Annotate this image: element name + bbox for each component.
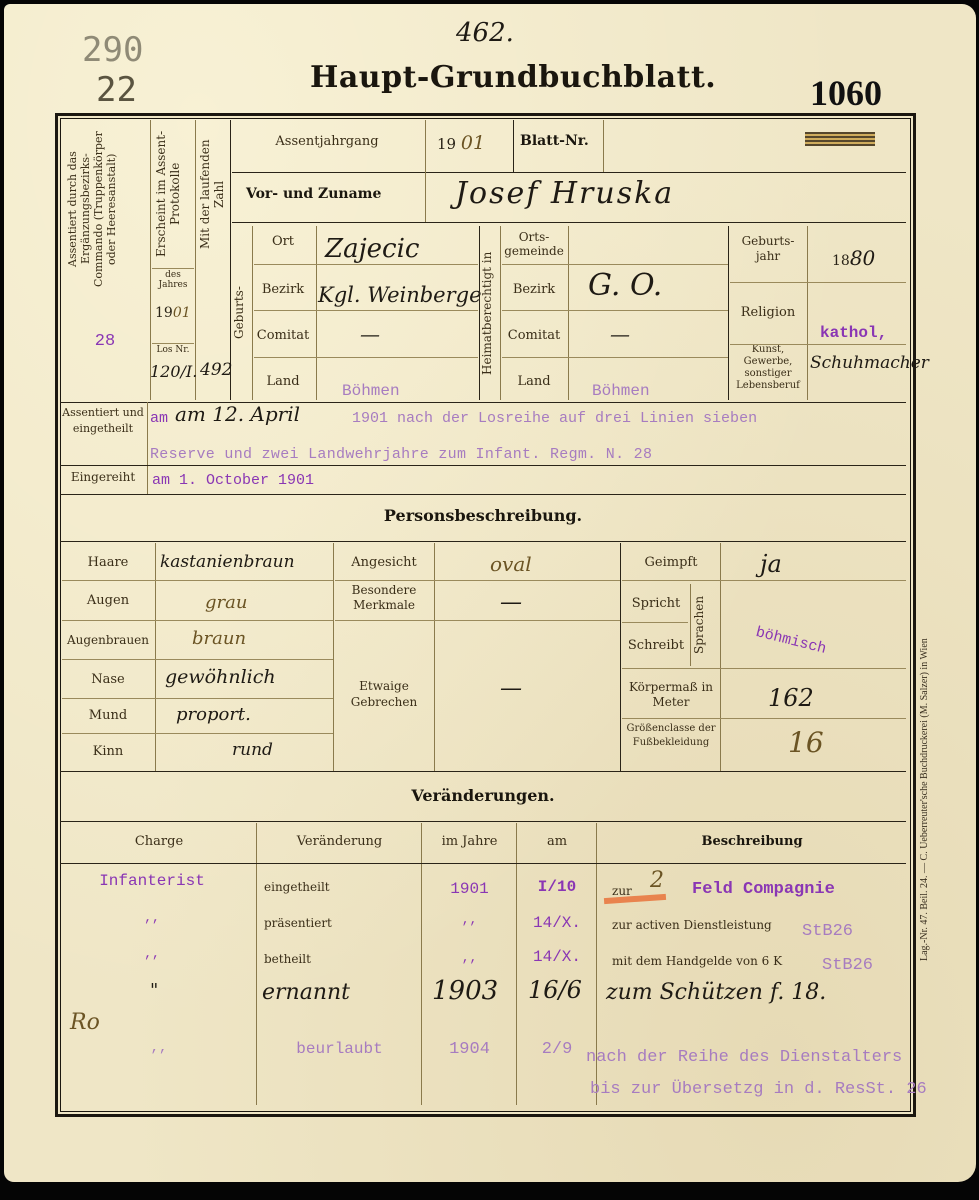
archive-number-bottom: 22 <box>96 70 137 110</box>
divider <box>62 659 333 660</box>
divider <box>316 226 317 400</box>
feature-value-haare: kastanienbraun <box>160 552 295 572</box>
column-header-jahr: im Jahre <box>423 834 516 849</box>
row4-beschreibung: zum Schützen f. 18. <box>606 980 826 1005</box>
row1-am: I/10 <box>518 878 596 896</box>
divider <box>60 821 906 822</box>
row2-am: 14/X. <box>518 914 596 932</box>
divider <box>730 282 906 283</box>
geburts-ort-label: Ort <box>252 234 314 249</box>
spricht-label: Spricht <box>622 596 690 611</box>
divider <box>622 622 688 623</box>
divider <box>421 823 422 1105</box>
heimat-comitat-label: Comitat <box>500 328 568 343</box>
des-jahres-prefix: 19 <box>155 305 173 321</box>
los-nr-label: Los Nr. <box>152 345 194 355</box>
row5-veraenderung: beurlaubt <box>258 1040 421 1058</box>
feature-value-augenbrauen: braun <box>192 628 246 649</box>
row2-charge: ,, <box>62 910 242 925</box>
divider <box>425 120 426 172</box>
geburts-label: Geburts- <box>232 226 252 400</box>
divider <box>620 543 621 771</box>
assentiert-am-label: am <box>150 410 168 427</box>
row3-beschreibung: StB26 <box>822 956 873 975</box>
divider <box>62 698 333 699</box>
divider <box>254 264 478 265</box>
divider <box>333 543 334 771</box>
geburts-land-label: Land <box>252 374 314 389</box>
geburtsjahr-label: Geburts-jahr <box>730 234 806 264</box>
des-jahres-value: 01 <box>173 305 191 321</box>
divider <box>230 120 231 400</box>
divider <box>60 771 906 772</box>
name-value: Josef Hruska <box>455 176 674 211</box>
divider <box>502 357 728 358</box>
row4-jahr: 1903 <box>432 976 498 1006</box>
geburts-land-value: Böhmen <box>342 382 400 400</box>
divider <box>147 402 148 494</box>
row1-veraenderung: eingetheilt <box>264 880 330 894</box>
gebrechen-label: Etwaige Gebrechen <box>335 678 433 710</box>
laufende-zahl-value: 492 <box>200 360 232 380</box>
divider <box>502 310 728 311</box>
merkmale-value: — <box>500 590 522 615</box>
des-jahres-field: 1901 <box>155 305 191 321</box>
heimat-ortsgemeinde-label: Orts-gemeinde <box>500 230 568 258</box>
sheet-number: 1060 <box>810 72 882 114</box>
eingereiht-value: am 1. October 1901 <box>152 472 314 489</box>
divider <box>728 226 729 400</box>
row3-beschreibung-prefix: mit dem Handgelde von 6 K <box>612 954 782 968</box>
column-header-veraenderung: Veränderung <box>258 834 421 849</box>
eingereiht-label: Eingereiht <box>60 470 146 484</box>
divider <box>335 580 620 581</box>
divider <box>720 543 721 771</box>
divider <box>516 823 517 1105</box>
assentiert-label: Assentiert durch das Ergänzungsbezirks-C… <box>66 124 146 294</box>
heimat-land-label: Land <box>500 374 568 389</box>
row3-am: 14/X. <box>518 948 596 966</box>
laufende-zahl-label: Mit der laufenden Zahl <box>198 124 228 264</box>
feature-value-augen: grau <box>205 592 247 613</box>
geburts-ort-value: Zajecic <box>325 234 419 264</box>
religion-label: Religion <box>730 305 806 320</box>
divider <box>622 718 906 719</box>
los-nr-value: 120/I. <box>150 362 197 381</box>
divider <box>60 863 906 864</box>
row5-beschreibung: nach der Reihe des Dienstalters <box>586 1048 902 1067</box>
divider <box>502 264 728 265</box>
divider <box>568 226 569 400</box>
beruf-value: Schuhmacher <box>810 352 900 374</box>
beruf-label: Kunst, Gewerbe, sonstiger Lebensberuf <box>730 344 806 392</box>
assentiert-value: 28 <box>60 332 150 351</box>
name-label: Vor- und Zuname <box>246 186 381 202</box>
sprachen-label: Sprachen <box>692 584 718 666</box>
handwritten-number: 462. <box>456 18 514 48</box>
heimat-land-value: Böhmen <box>592 382 650 400</box>
geburts-bezirk-value: Kgl. Weinberge <box>318 283 482 307</box>
row4-am: 16/6 <box>528 976 582 1004</box>
divider <box>62 733 333 734</box>
divider <box>434 543 435 771</box>
feature-label-augenbrauen: Augenbrauen <box>62 633 154 647</box>
heimat-bezirk-value: G. O. <box>588 268 662 303</box>
geburtsjahr-value: 80 <box>850 246 875 270</box>
row5-jahr: 1904 <box>423 1040 516 1059</box>
geimpft-value: ja <box>760 550 782 578</box>
feature-label-nase: Nase <box>62 672 154 687</box>
gebrechen-value: — <box>500 676 522 701</box>
row2-veraenderung: präsentiert <box>264 916 332 930</box>
feature-label-augen: Augen <box>62 593 154 608</box>
row2-beschreibung: StB26 <box>802 922 853 941</box>
groessenclasse-label: Größenclasse der Fußbekleidung <box>622 722 720 750</box>
geburts-comitat-label: Comitat <box>252 328 314 343</box>
row5-beschreibung-line2: bis zur Übersetzg in d. ResSt. 26 <box>590 1080 927 1099</box>
divider <box>62 580 333 581</box>
personsbeschreibung-title: Personsbeschreibung. <box>60 506 906 525</box>
assentiert-line2: Reserve und zwei Landwehrjahre zum Infan… <box>150 446 652 463</box>
divider <box>60 494 906 495</box>
koerpermass-label: Körpermaß in Meter <box>622 680 720 710</box>
divider <box>513 120 514 172</box>
assentiert-line1: 1901 nach der Losreihe auf drei Linien s… <box>352 410 757 427</box>
angesicht-value: oval <box>490 552 532 576</box>
geburtsjahr-field: 1880 <box>832 246 875 270</box>
row3-charge: ,, <box>62 946 242 961</box>
row1-beschreibung: Feld Compagnie <box>692 880 835 899</box>
row4-veraenderung: ernannt <box>262 980 350 1005</box>
column-header-charge: Charge <box>62 834 256 849</box>
divider <box>152 268 194 269</box>
divider <box>155 543 156 771</box>
erscheint-label: Erscheint im Assent-Protokolle <box>154 124 192 264</box>
assentiert-date-hand: am 12. April <box>175 402 300 426</box>
row5-charge: ,, <box>62 1040 256 1056</box>
groessenclasse-value: 16 <box>788 726 824 759</box>
assentjahrgang-label: Assentjahrgang <box>232 134 422 149</box>
row1-jahr: 1901 <box>423 880 516 898</box>
divider <box>254 357 478 358</box>
assentjahrgang-prefix: 19 <box>437 135 456 153</box>
geburts-comitat-value: — <box>360 322 380 346</box>
feature-label-kinn: Kinn <box>62 744 154 759</box>
divider <box>425 172 426 222</box>
divider <box>195 120 196 400</box>
divider <box>622 668 906 669</box>
heimat-bezirk-label: Bezirk <box>500 282 568 297</box>
angesicht-label: Angesicht <box>335 555 433 570</box>
divider <box>622 580 906 581</box>
divider <box>232 172 906 173</box>
blatt-nr-label: Blatt-Nr. <box>520 133 589 149</box>
row3-veraenderung: betheilt <box>264 952 311 966</box>
geburts-bezirk-label: Bezirk <box>252 282 314 297</box>
divider <box>62 620 333 621</box>
row1-charge: Infanterist <box>62 872 242 890</box>
feature-value-kinn: rund <box>232 740 273 760</box>
divider <box>807 226 808 400</box>
row4-charge: " <box>150 980 158 1001</box>
veraenderungen-title: Veränderungen. <box>60 786 906 805</box>
geburtsjahr-prefix: 18 <box>832 253 850 269</box>
des-jahres-label: des Jahres <box>152 270 194 290</box>
row4-charge-mark: Ro <box>70 1010 100 1035</box>
page-title: Haupt-Grundbuchblatt. <box>310 60 716 95</box>
row5-am: 2/9 <box>518 1040 596 1059</box>
koerpermass-value: 162 <box>768 684 814 712</box>
divider <box>256 823 257 1105</box>
religion-value: kathol, <box>820 324 887 342</box>
divider <box>150 120 151 400</box>
geimpft-label: Geimpft <box>622 555 720 570</box>
row3-jahr: ,, <box>423 950 516 965</box>
feature-label-haare: Haare <box>62 555 154 570</box>
margin-imprint: Lag.-Nr. 47. Beil. 24. — C. Ueberreuter'… <box>918 572 938 1028</box>
divider <box>603 120 604 172</box>
blatt-nr-struck <box>805 128 875 150</box>
heimat-label: Heimatberechtigt in <box>480 226 500 400</box>
divider <box>730 344 906 345</box>
column-header-am: am <box>518 834 596 849</box>
feature-value-mund: proport. <box>176 704 251 725</box>
divider <box>152 343 194 344</box>
divider <box>232 222 906 223</box>
assentjahrgang-value: 01 <box>461 132 485 154</box>
feature-value-nase: gewöhnlich <box>165 666 276 688</box>
schreibt-label: Schreibt <box>622 638 690 653</box>
feature-label-mund: Mund <box>62 708 154 723</box>
heimat-comitat-value: — <box>610 322 630 346</box>
assentiert-eingetheilt-label: Assentiert und eingetheilt <box>60 405 146 437</box>
divider <box>690 584 691 666</box>
merkmale-label: Besondere Merkmale <box>335 583 433 613</box>
assentjahrgang-field: 19 01 <box>437 132 485 154</box>
divider <box>60 541 906 542</box>
row2-jahr: ,, <box>423 912 516 927</box>
divider <box>60 465 906 466</box>
divider <box>254 310 478 311</box>
divider <box>335 620 620 621</box>
row2-beschreibung-prefix: zur activen Dienstleistung <box>612 918 772 932</box>
archive-number-top: 290 <box>82 30 143 70</box>
column-header-beschreibung: Beschreibung <box>598 834 906 849</box>
row1-beschreibung-hand: 2 <box>650 868 664 893</box>
